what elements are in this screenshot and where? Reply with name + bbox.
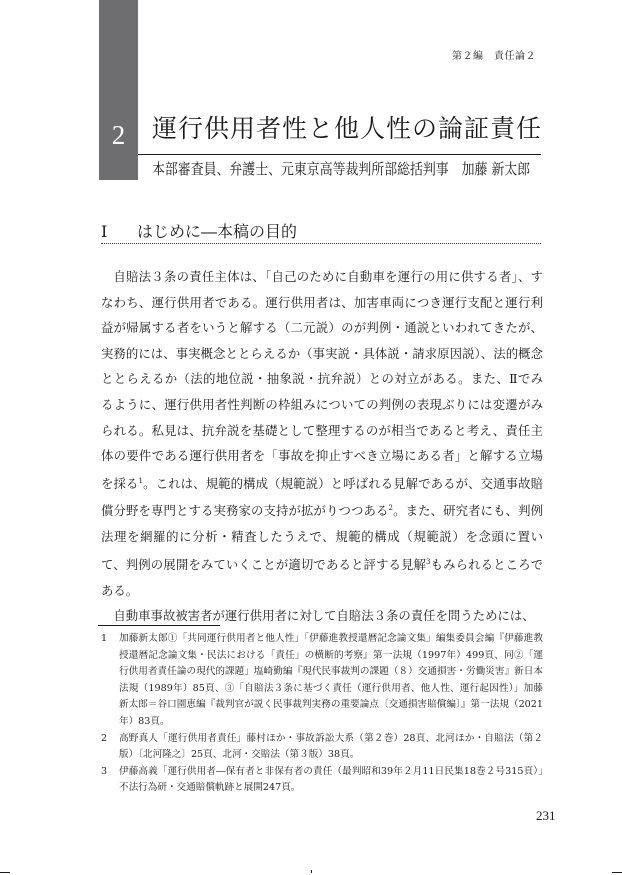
footnote-divider — [98, 625, 220, 626]
footnote-number: 2 — [101, 731, 119, 764]
section-number: Ⅰ — [101, 222, 137, 241]
body-text: 自賠法３条の責任主体は、「自己のために自動車を運行の用に供する者」、すなわち、運… — [101, 264, 543, 629]
running-head: 第２編 責任論２ — [452, 47, 536, 62]
footnote: 3 伊藤高義「運行供用者―保有者と非保有者の責任（最判昭和39年２月11日民集1… — [101, 764, 543, 797]
footnotes: 1 加藤新太郎①「共同運行供用者と他人性」「伊藤進教授還暦記念論文集」編集委員会… — [101, 631, 543, 797]
chapter-title: 運行供用者性と他人性の論証責任 — [152, 109, 542, 145]
footnote-text: 伊藤高義「運行供用者―保有者と非保有者の責任（最判昭和39年２月11日民集18巻… — [119, 764, 543, 797]
section-heading: Ⅰはじめに―本稿の目的 — [101, 219, 297, 242]
page-number: 231 — [536, 808, 556, 824]
footnote-text: 高野真人「運行供用者責任」藤村ほか・事故訴訟大系（第２巻）28頁、北河ほか・自賠… — [119, 731, 543, 764]
footnote-text: 加藤新太郎①「共同運行供用者と他人性」「伊藤進教授還暦記念論文集」編集委員会編『… — [119, 631, 543, 731]
crop-mark-center — [311, 870, 312, 873]
footnote: 2 高野真人「運行供用者責任」藤村ほか・事故訴訟大系（第２巻）28頁、北河ほか・… — [101, 731, 543, 764]
author-line: 本部審査員、弁護士、元東京高等裁判所部総括判事 加藤 新太郎 — [152, 158, 530, 179]
crop-mark-right — [612, 872, 622, 873]
chapter-number: 2 — [99, 120, 138, 151]
footnote-number: 1 — [101, 631, 119, 731]
chapter-tab-bar — [99, 0, 138, 180]
title-divider — [138, 154, 541, 155]
footnote-number: 3 — [101, 764, 119, 797]
section-title: はじめに―本稿の目的 — [137, 222, 297, 241]
paragraph: 自賠法３条の責任主体は、「自己のために自動車を運行の用に供する者」、すなわち、運… — [101, 264, 543, 603]
footnote: 1 加藤新太郎①「共同運行供用者と他人性」「伊藤進教授還暦記念論文集」編集委員会… — [101, 631, 543, 731]
section-divider — [101, 243, 541, 244]
crop-mark-left — [0, 872, 10, 873]
